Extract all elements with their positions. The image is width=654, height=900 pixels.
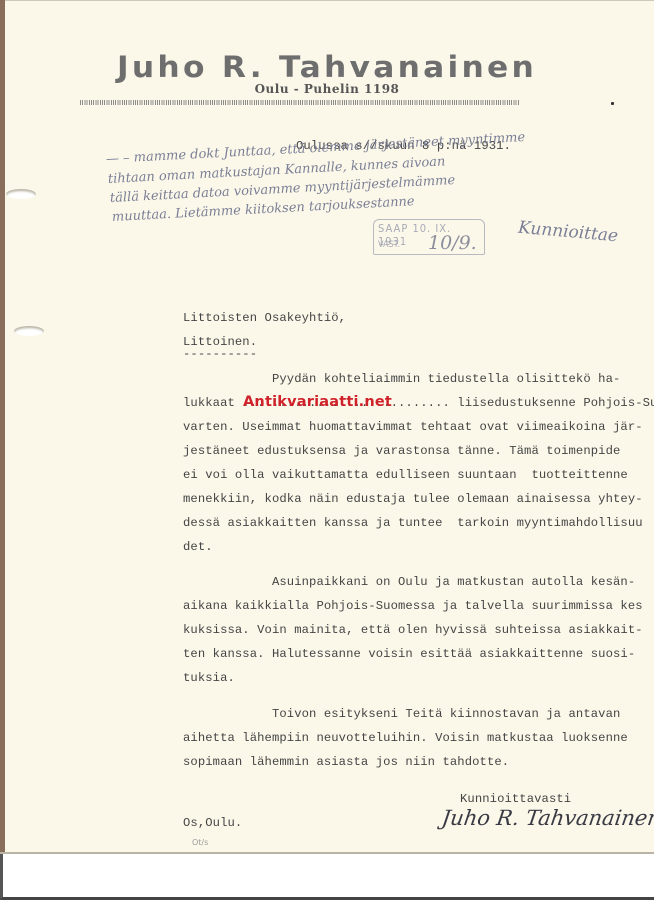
body-line: menekkiin, kodka näin edustaja tulee ole… (183, 492, 643, 506)
body-line: varten. Useimmat huomattavimmat tehtaat … (183, 420, 643, 434)
letterhead-name: Juho R. Tahvanainen (0, 50, 654, 84)
punch-hole-bottom (14, 326, 44, 336)
signature: Juho R. Tahvanainen (440, 806, 654, 830)
body-line: sopimaan lähemmin asiasta jos niin tahdo… (183, 755, 509, 769)
letterhead-subtitle: Oulu - Puhelin 1198 (0, 82, 654, 96)
body-line: aikana kaikkialla Pohjois-Suomessa ja ta… (183, 599, 643, 613)
received-stamp: SAAP 10. IX. 1931 VAST. 10/9. (373, 219, 485, 255)
closing-phrase: Kunnioittavasti (460, 792, 571, 806)
watermark: Antikvariaatti.net (243, 394, 392, 410)
body-line: ten kanssa. Halutessanne voisin esittää … (183, 647, 635, 661)
ink-speck (611, 102, 614, 105)
recipient-underline: ---------- (183, 347, 257, 361)
body-line: aihetta lähempiin neuvotteluihin. Voisin… (183, 731, 628, 745)
typist-initials: Ot/s (192, 838, 208, 847)
body-line: kuksissa. Voin mainita, että olen hyviss… (183, 623, 643, 637)
stamp-handwritten: 10/9. (428, 232, 477, 254)
scan-margin (0, 854, 654, 900)
body-line: Asuinpaikkani on Oulu ja matkustan autol… (183, 575, 635, 589)
recipient-company: Littoisten Osakeyhtiö, (183, 311, 346, 325)
letterhead-rule (80, 100, 520, 105)
body-line: Toivon esitykseni Teitä kiinnostavan ja … (183, 707, 620, 721)
address-footer: Os,Oulu. (183, 816, 242, 830)
body-line: tuksia. (183, 671, 235, 685)
body-line: det. (183, 540, 213, 554)
punch-hole-top (6, 189, 36, 199)
body-line: dessä asiakkaitten kanssa ja tuntee tark… (183, 516, 643, 530)
body-line: jestäneet edustuksensa ja varastonsa tän… (183, 444, 620, 458)
body-line: ei voi olla vaikuttamatta edulliseen suu… (183, 468, 628, 482)
body-line: Pyydän kohteliaimmin tiedustella olisitt… (183, 372, 620, 386)
stamp-label: VAST. (378, 240, 400, 250)
